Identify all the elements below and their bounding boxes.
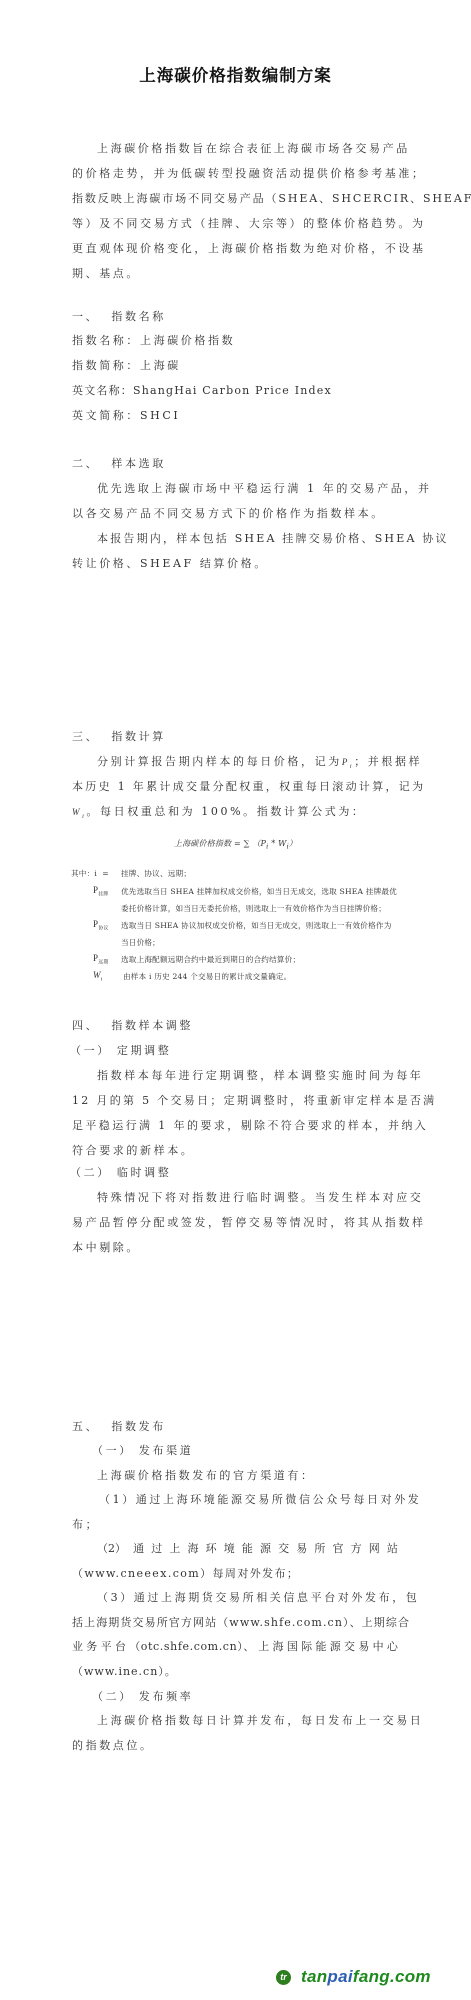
subsection-heading: （二） 临时调整 (70, 1166, 171, 1180)
section-heading-3: 三、 指数计算 (72, 730, 166, 744)
paragraph-line: 本中剔除。 (72, 1241, 140, 1255)
char: 官 (333, 1542, 344, 1556)
paragraph-line: 的指数点位。 (72, 1739, 154, 1753)
subsection-heading: （二） 发布频率 (92, 1690, 193, 1704)
paragraph-line: 上海碳价格指数发布的官方渠道有： (97, 1469, 315, 1483)
intro-line: 上海碳价格指数旨在综合表征上海碳市场各交易产品 (97, 142, 410, 156)
char: 站 (387, 1542, 398, 1556)
paragraph-line: 易产品暂停分配或签发，暂停交易等情况时，将其从指数样 (72, 1216, 426, 1230)
watermark-part: pai (327, 1967, 352, 1986)
char: 能 (315, 1640, 326, 1654)
section-heading-2: 二、 样本选取 (72, 457, 166, 471)
char: 中 (373, 1640, 384, 1654)
char: 方 (351, 1542, 362, 1556)
def-text: 由样本 i 历史 244 个交易日的累计成交量确定。 (123, 971, 291, 982)
formula-text: 上海碳价格指数 = ∑ （P (174, 839, 266, 848)
char: 台 (115, 1640, 126, 1654)
formula-text: * W (268, 839, 286, 848)
tanpaifang-logo-icon: tr (276, 1970, 291, 1985)
char: 交 (344, 1640, 355, 1654)
english-name: 英文名称：ShangHai Carbon Price Index (72, 384, 332, 398)
def-symbol: Wi (93, 970, 103, 983)
char: 国 (287, 1640, 298, 1654)
char: 所 (314, 1542, 325, 1556)
symbol: W (93, 970, 101, 980)
intro-line: 期、基点。 (72, 267, 140, 281)
paragraph-line: 符合要求的新样本。 (72, 1144, 194, 1158)
paragraph-line: 上海碳价格指数每日计算并发布，每日发布上一交易日 (97, 1714, 423, 1728)
index-short-name: 指数简称：上海碳 (72, 359, 181, 373)
char: 平 (101, 1640, 112, 1654)
section-heading-5: 五、 指数发布 (72, 1420, 166, 1434)
formula-text: ） (289, 839, 297, 848)
index-name: 指数名称：上海碳价格指数 (72, 334, 235, 348)
subsection-heading: （一） 定期调整 (70, 1044, 171, 1058)
subscript: 远期 (98, 960, 108, 966)
paragraph-line: （1）通过上海环境能源交易所微信公众号每日对外发 (99, 1493, 421, 1507)
text: 。每日权重总和为 100%。指数计算公式为： (86, 805, 365, 818)
text: 分别计算报告期内样本的每日价格，记为 (97, 755, 342, 768)
char: （2） (97, 1542, 126, 1556)
watermark-part: tan (301, 1967, 327, 1986)
paragraph-line: 12 月的第 5 个交易日；定期调整时，将重新审定样本是否满 (72, 1094, 436, 1108)
char: 海 (188, 1542, 199, 1556)
watermark-text: tanpaifang.com (301, 1967, 431, 1987)
char: 易 (296, 1542, 307, 1556)
def-text: 优先选取当日 SHEA 挂牌加权成交价格，如当日无成交，选取 SHEA 挂牌最优 (121, 886, 397, 897)
subscript: i (101, 977, 103, 983)
paragraph-line: Wi。每日权重总和为 100%。指数计算公式为： (72, 805, 366, 824)
def-symbol: P远期 (93, 953, 109, 966)
paragraph-line: 本历史 1 年累计成交量分配权重，权重每日滚动计算，记为 (72, 780, 425, 794)
section-heading-4: 四、 指数样本调整 (72, 1019, 193, 1033)
where-label: 其中：i = (71, 868, 109, 879)
char: 境 (224, 1542, 235, 1556)
index-formula: 上海碳价格指数 = ∑ （Pi * Wi） (0, 838, 471, 851)
paragraph-line: （www.ine.cn）。 (72, 1665, 177, 1679)
paragraph-line: 本报告期内，样本包括 SHEA 挂牌交易价格、SHEA 协议 (97, 532, 449, 546)
char: 心 (387, 1640, 398, 1654)
paragraph-line: 转让价格、SHEAF 结算价格。 (72, 557, 268, 571)
paragraph-line-justified: 业务平台（otc.shfe.com.cn）、上海国际能源交易中心 (72, 1640, 398, 1654)
char: 务 (86, 1640, 97, 1654)
paragraph-line-justified: （2）通过上海环境能源交易所官方网站 (97, 1542, 398, 1556)
char: 能 (242, 1542, 253, 1556)
paragraph-line: （3）通过上海期货交易所相关信息平台对外发布，包 (97, 1591, 419, 1605)
intro-line: 的价格走势，并为低碳转型投融资活动提供价格参考基准； (72, 167, 426, 181)
intro-line: 等）及不同交易方式（挂牌、大宗等）的整体价格趋势。为 (72, 217, 426, 231)
def-text: 选取上海配额远期合约中最近到期日的合约结算价； (121, 954, 300, 965)
char: 交 (278, 1542, 289, 1556)
text: ；并根据样 (354, 755, 422, 768)
char: 上 (169, 1542, 180, 1556)
char: 环 (206, 1542, 217, 1556)
watermark-part: fang.com (353, 1967, 431, 1986)
char: 网 (369, 1542, 380, 1556)
paragraph-line: 以各交易产品不同交易方式下的价格作为指数样本。 (72, 507, 385, 521)
section-heading-1: 一、 指数名称 (72, 310, 166, 324)
paragraph-line: （www.cneeex.com）每周对外发布； (72, 1567, 299, 1581)
char: 源 (330, 1640, 341, 1654)
paragraph-line: 特殊情况下将对指数进行临时调整。当发生样本对应交 (97, 1191, 423, 1205)
paragraph-line: 优先选取上海碳市场中平稳运行满 1 年的交易产品，并 (97, 482, 432, 496)
symbol-w-i: Wi (72, 807, 86, 817)
paragraph-line: 足平稳运行满 1 年的要求，剔除不符合要求的样本，并纳入 (72, 1119, 428, 1133)
def-text: 当日价格； (121, 937, 160, 948)
subsection-heading: （一） 发布渠道 (92, 1444, 193, 1458)
watermark: tr tanpaifang.com (276, 1967, 431, 1987)
paragraph-line: 指数样本每年进行定期调整，样本调整实施时间为每年 (97, 1069, 423, 1083)
subscript: 协议 (98, 926, 108, 932)
char: 上 (258, 1640, 269, 1654)
def-symbol: P挂牌 (93, 885, 109, 898)
def-text: 选取当日 SHEA 协议加权成交价格，如当日无成交，则选取上一有效价格作为 (121, 920, 391, 931)
subscript: 挂牌 (98, 892, 108, 898)
char: （otc.shfe.com.cn）、 (129, 1640, 255, 1654)
english-short-name: 英文简称：SHCI (72, 409, 180, 423)
char: 易 (358, 1640, 369, 1654)
char: 际 (301, 1640, 312, 1654)
char: 业 (72, 1640, 83, 1654)
char: 过 (151, 1542, 162, 1556)
page-title: 上海碳价格指数编制方案 (0, 62, 471, 86)
def-text: 委托价格计算，如当日无委托价格，则选取上一有效价格作为当日挂牌价格； (121, 903, 386, 914)
where-i-values: 挂牌、协议、远期； (121, 868, 191, 879)
symbol: P (342, 757, 350, 767)
char: 源 (260, 1542, 271, 1556)
char: 海 (273, 1640, 284, 1654)
def-symbol: P协议 (93, 919, 109, 932)
symbol: W (72, 807, 82, 817)
paragraph-line: 括上海期货交易所官方网站（www.shfe.com.cn）、上期综合 (72, 1616, 410, 1630)
paragraph-line: 分别计算报告期内样本的每日价格，记为Pi；并根据样 (97, 755, 422, 774)
intro-line: 更直观体现价格变化，上海碳价格指数为绝对价格，不设基 (72, 242, 426, 256)
intro-line: 指数反映上海碳市场不同交易产品（SHEA、SHCERCIR、SHEAF (72, 192, 471, 206)
paragraph-line: 布； (72, 1518, 99, 1532)
symbol-p-i: Pi (342, 757, 354, 767)
char: 通 (133, 1542, 144, 1556)
